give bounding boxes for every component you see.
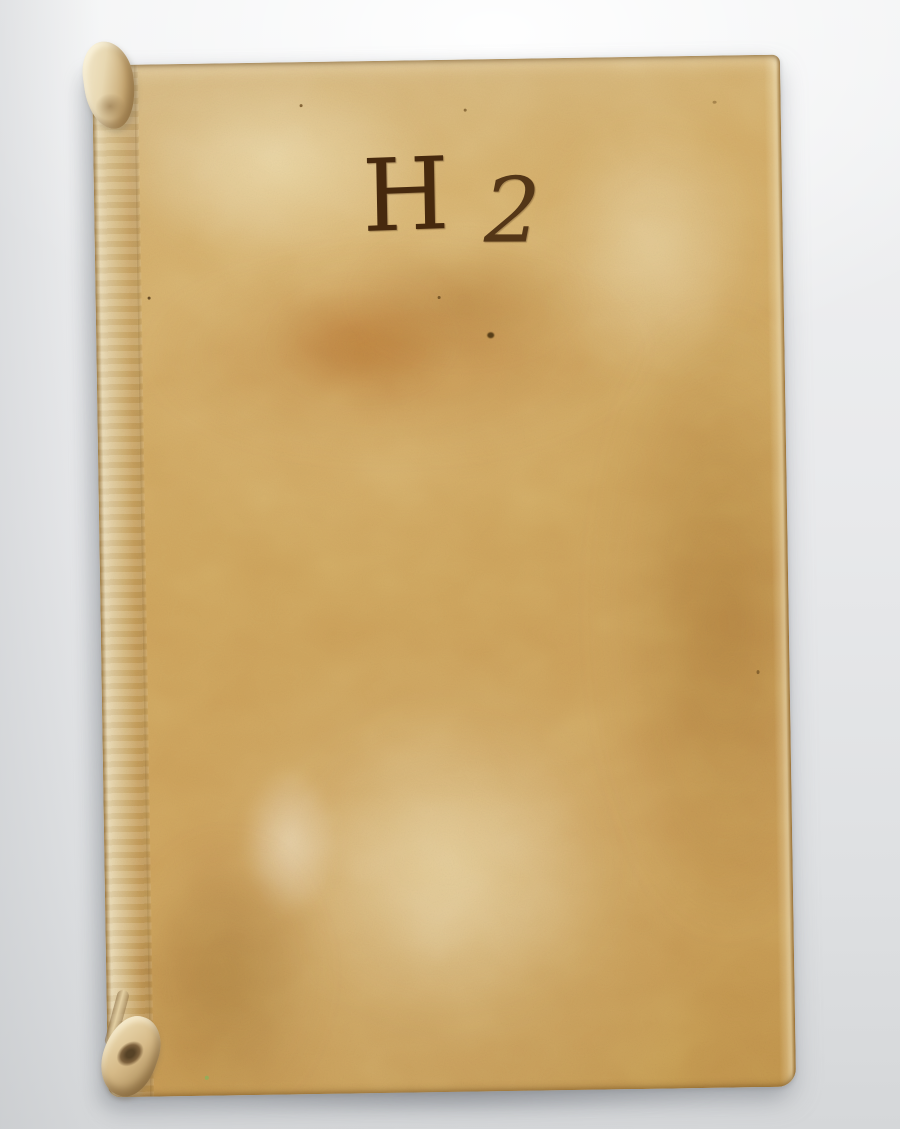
photograph-background: H2 [0, 0, 900, 1129]
worn-light-patch-bottom [277, 707, 622, 1022]
dirt-speck [464, 109, 467, 112]
dirt-speck [438, 296, 441, 299]
dark-stain-right [604, 309, 796, 933]
ink-dot [487, 332, 494, 338]
shelfmark-inscription: H2 [360, 141, 542, 247]
dirt-speck [300, 104, 303, 107]
orange-stain-band [150, 252, 643, 455]
tailband-loop-hole [112, 1036, 149, 1072]
dirt-speck [148, 297, 151, 300]
dirt-speck [713, 101, 717, 104]
book: H2 [92, 55, 796, 1098]
book-cover: H2 [92, 55, 796, 1098]
light-sheen-top-right [546, 110, 760, 383]
inscription-letter-2: 2 [484, 167, 541, 257]
dirt-speck [757, 670, 760, 674]
orange-stain-spot [270, 282, 452, 400]
chalky-scuff [241, 767, 338, 918]
green-paint-fleck [205, 1076, 209, 1080]
inscription-letter-h: H [361, 144, 450, 247]
fore-edge-highlight [764, 55, 796, 1087]
